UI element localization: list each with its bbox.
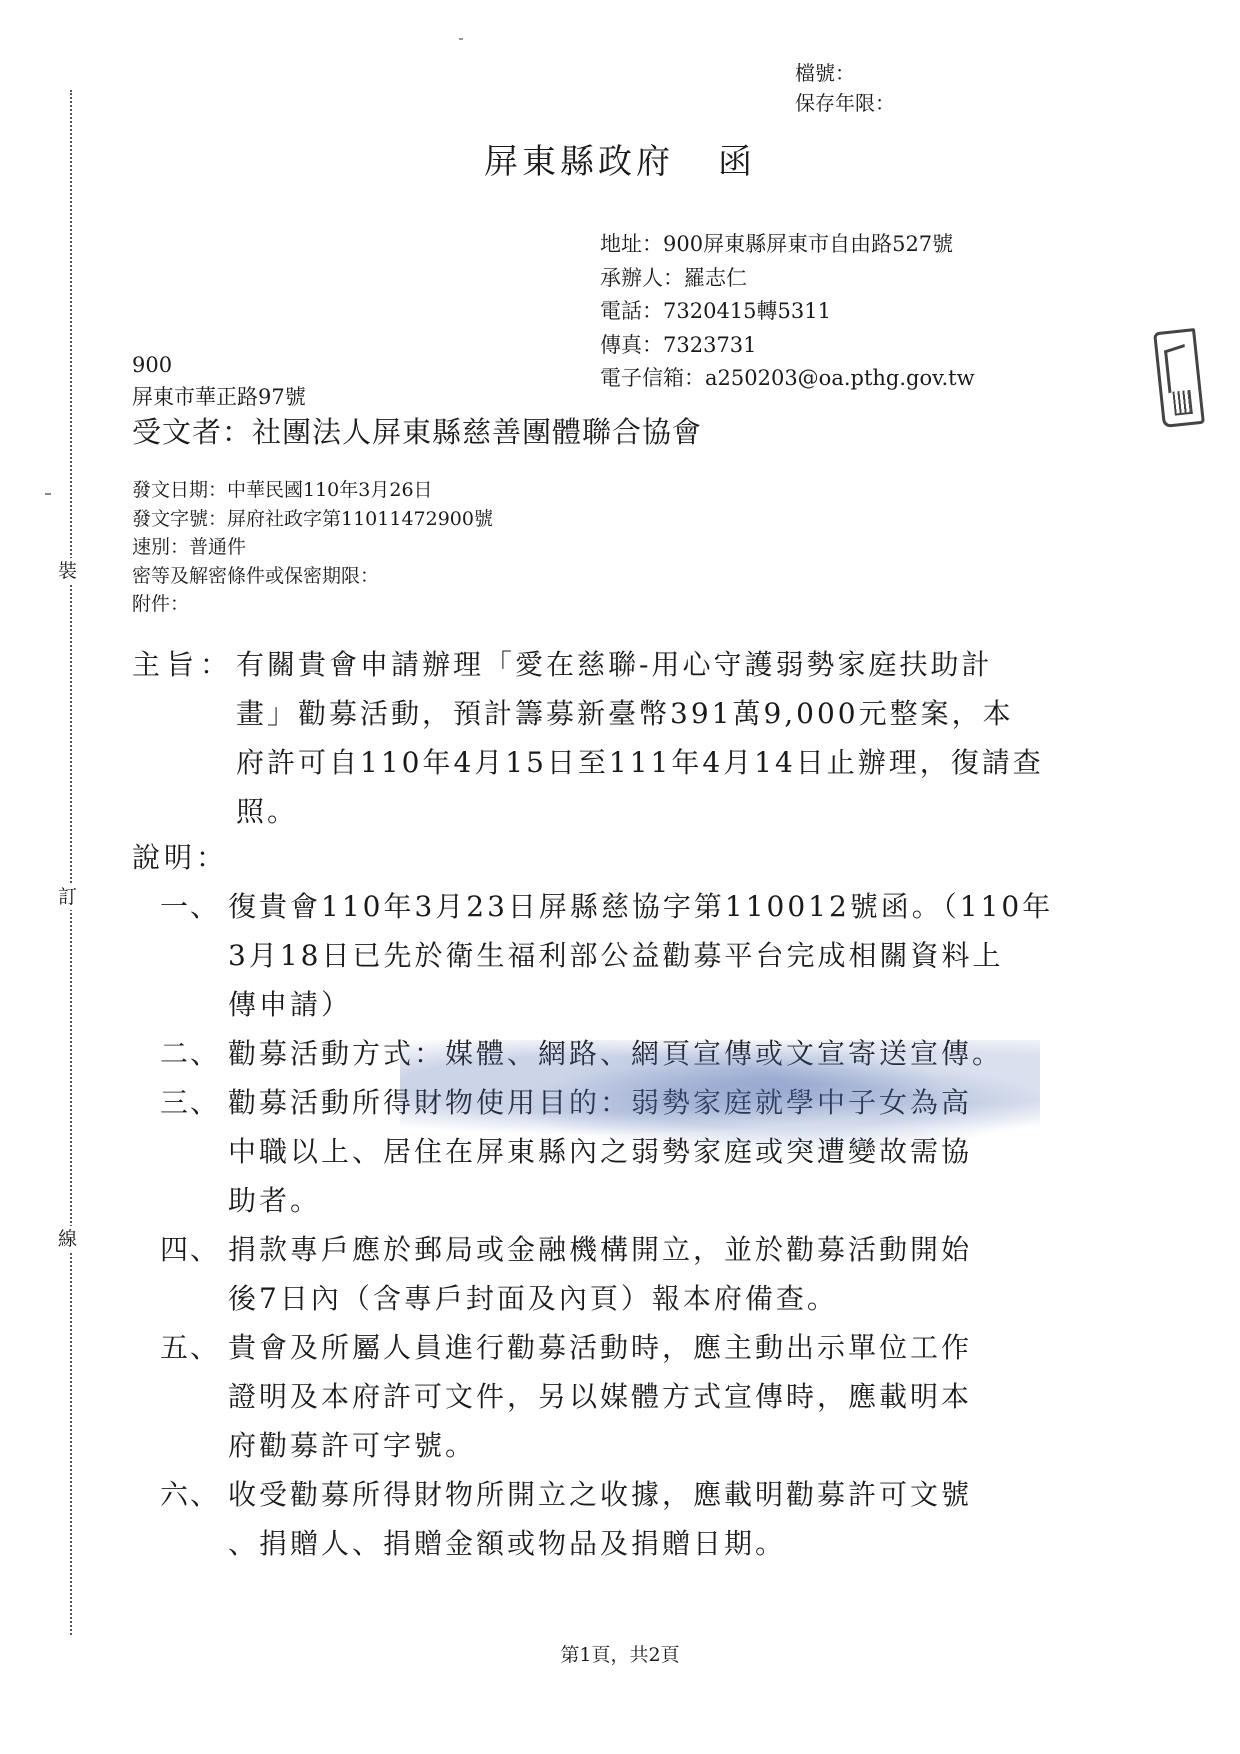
binding-mark-ding: 訂 [58,884,77,910]
attachments: 附件： [132,590,493,619]
subject-line: 有關貴會申請辦理「愛在慈聯-用心守護弱勢家庭扶助計 [132,640,1062,689]
item-line: 、捐贈人、捐贈金額或物品及捐贈日期。 [160,1519,1090,1568]
item-line: 證明及本府許可文件，另以媒體方式宣傳時，應載明本 [160,1372,1090,1421]
item-line: 3月18日已先於衛生福利部公益勸募平台完成相關資料上 [160,931,1090,980]
phone: 電話：7320415轉5311 [600,295,975,329]
item-number: 四、 [160,1225,220,1274]
item-line: 收受勸募所得財物所開立之收據，應載明勸募許可文號 [160,1470,1090,1519]
priority: 速別：普通件 [132,533,493,562]
recipient-name: 受文者：社團法人屏東縣慈善團體聯合協會 [132,410,702,451]
item-line: 傳申請） [160,980,1090,1029]
item-line: 府勸募許可字號。 [160,1421,1090,1470]
explanation-item: 四、 捐款專戶應於郵局或金融機構開立，並於勸募活動開始 後7日內（含專戶封面及內… [160,1225,1090,1323]
explanation-label: 說明： [132,836,228,876]
binding-dotted-line [70,90,72,1635]
item-line: 捐款專戶應於郵局或金融機構開立，並於勸募活動開始 [160,1225,1090,1274]
item-number: 五、 [160,1323,220,1372]
item-number: 三、 [160,1078,220,1127]
item-number: 二、 [160,1029,220,1078]
explanation-item: 三、 勸募活動所得財物使用目的：弱勢家庭就學中子女為高 中職以上、居住在屏東縣內… [160,1078,1090,1225]
document-title: 屏東縣政府函 [0,134,1240,183]
agency-name: 屏東縣政府 [484,142,674,182]
binding-mark-zhuang: 裝 [58,558,77,584]
item-line: 勸募活動所得財物使用目的：弱勢家庭就學中子女為高 [160,1078,1090,1127]
classification: 密等及解密條件或保密期限： [132,562,493,591]
scan-artifact [45,493,51,495]
explanation-item: 二、 勸募活動方式：媒體、網路、網頁宣傳或文宣寄送宣傳。 [160,1029,1090,1078]
binding-mark-xian: 線 [58,1226,77,1252]
item-line: 助者。 [160,1176,1090,1225]
explanation-item: 一、 復貴會110年3月23日屏縣慈協字第110012號函。（110年 3月18… [160,882,1090,1029]
document-meta: 發文日期：中華民國110年3月26日 發文字號：屏府社政字第1101147290… [132,476,493,619]
item-line: 勸募活動方式：媒體、網路、網頁宣傳或文宣寄送宣傳。 [160,1029,1090,1078]
item-line: 貴會及所屬人員進行勸募活動時，應主動出示單位工作 [160,1323,1090,1372]
subject-section: 主旨： 有關貴會申請辦理「愛在慈聯-用心守護弱勢家庭扶助計 畫」勸募活動，預計籌… [132,640,1062,836]
email: 電子信箱：a250203@oa.pthg.gov.tw [600,362,975,396]
recipient-address: 屏東市華正路97號 [132,381,306,411]
explanation-item: 五、 貴會及所屬人員進行勸募活動時，應主動出示單位工作 證明及本府許可文件，另以… [160,1323,1090,1470]
archive-info: 檔號： 保存年限： [795,58,895,118]
file-number-label: 檔號： [795,58,895,88]
issue-number: 發文字號：屏府社政字第11011472900號 [132,505,493,534]
explanation-list: 一、 復貴會110年3月23日屏縣慈協字第110012號函。（110年 3月18… [160,882,1090,1568]
item-line: 後7日內（含專戶封面及內頁）報本府備查。 [160,1274,1090,1323]
scan-artifact [459,38,463,40]
issue-date: 發文日期：中華民國110年3月26日 [132,476,493,505]
handler: 承辦人：羅志仁 [600,262,975,296]
sender-address: 地址：900屏東縣屏東市自由路527號 [600,228,975,262]
retention-period-label: 保存年限： [795,88,895,118]
recipient-zip: 900 [132,353,172,377]
page-info: 第1頁，共2頁 [0,1640,1240,1667]
explanation-item: 六、 收受勸募所得財物所開立之收據，應載明勸募許可文號 、捐贈人、捐贈金額或物品… [160,1470,1090,1568]
subject-line: 照。 [132,787,1062,836]
subject-line: 畫」勸募活動，預計籌募新臺幣391萬9,000元整案，本 [132,689,1062,738]
item-line: 中職以上、居住在屏東縣內之弱勢家庭或突遭變故需協 [160,1127,1090,1176]
item-number: 一、 [160,882,220,931]
sender-contact: 地址：900屏東縣屏東市自由路527號 承辦人：羅志仁 電話：7320415轉5… [600,228,975,396]
item-number: 六、 [160,1470,220,1519]
official-seal-icon [1153,328,1205,428]
fax: 傳真：7323731 [600,329,975,363]
item-line: 復貴會110年3月23日屏縣慈協字第110012號函。（110年 [160,882,1090,931]
subject-line: 府許可自110年4月15日至111年4月14日止辦理，復請查 [132,738,1062,787]
document-type: 函 [718,142,756,182]
subject-label: 主旨： [132,640,234,689]
